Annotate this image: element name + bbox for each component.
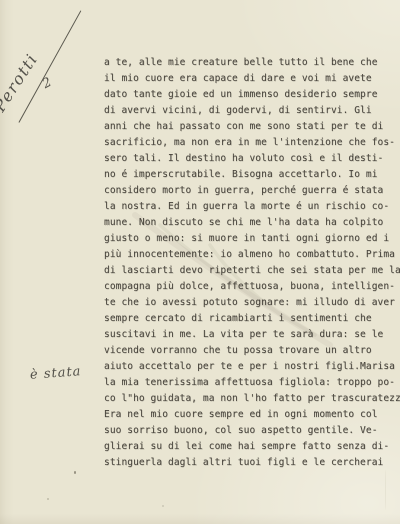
letter-line: co l"ho guidata, ma non l'ho fatto per t… (104, 391, 400, 407)
paper-speck (74, 471, 76, 474)
letter-line: aiuto accettalo per te e per i nostri fi… (104, 359, 400, 375)
letter-line: glierai su di lei come hai sempre fatto … (104, 439, 400, 455)
letter-line: considero morto in guerra, perché guerra… (104, 183, 400, 199)
handwritten-page-number: 2 (40, 75, 54, 92)
handwritten-margin-note: è stata (30, 364, 82, 383)
paper-edge-line (385, 470, 386, 510)
letter-line: la nostra. Ed in guerra la morte é un ri… (104, 199, 400, 215)
letter-line: stinguerla dagli altri tuoi figli e le c… (104, 455, 400, 471)
letter-line: dato tante gioie ed un immenso desiderio… (104, 87, 400, 103)
letter-line: giusto o meno: si muore in tanti ogni gi… (104, 231, 400, 247)
letter-line: la mia tenerissima affettuosa figliola: … (104, 375, 400, 391)
letter-line: Era nel mio cuore sempre ed in ogni mome… (104, 407, 400, 423)
paper-speck (162, 505, 164, 507)
letter-line: mune. Non discuto se chi me l'ha data ha… (104, 215, 400, 231)
letter-line: di avervi vicini, di godervi, di sentirv… (104, 103, 400, 119)
handwritten-name-annotation: Perotti (0, 50, 42, 115)
letter-line: sacrificio, ma non era in me l'intenzion… (104, 135, 400, 151)
letter-line: sempre cercato di ricambiarti i sentimen… (104, 311, 400, 327)
letter-page: Perotti 2 è stata a te, alle mie creatur… (0, 0, 400, 524)
letter-line: te che io avessi potuto sognare: mi illu… (104, 295, 400, 311)
letter-line: di lasciarti devo ripeterti che sei stat… (104, 263, 400, 279)
letter-line: suscitavi in me. La vita per te sarà dur… (104, 327, 400, 343)
letter-line: sero tali. Il destino ha voluto così e i… (104, 151, 400, 167)
paper-speck (47, 498, 49, 500)
letter-text-block: a te, alle mie creature belle tutto il b… (104, 55, 400, 471)
letter-line: no é imperscrutabile. Bisogna accettarlo… (104, 167, 400, 183)
letter-line: vicende vorranno che tu possa trovare un… (104, 343, 400, 359)
letter-line: il mio cuore era capace di dare e voi mi… (104, 71, 400, 87)
letter-line: a te, alle mie creature belle tutto il b… (104, 55, 400, 71)
letter-line: suo sorriso buono, col suo aspetto genti… (104, 423, 400, 439)
letter-line: più innocentemente: io almeno ho combatt… (104, 247, 400, 263)
letter-line: anni che hai passato con me sono stati p… (104, 119, 400, 135)
letter-line: compagna più dolce, affettuosa, buona, i… (104, 279, 400, 295)
